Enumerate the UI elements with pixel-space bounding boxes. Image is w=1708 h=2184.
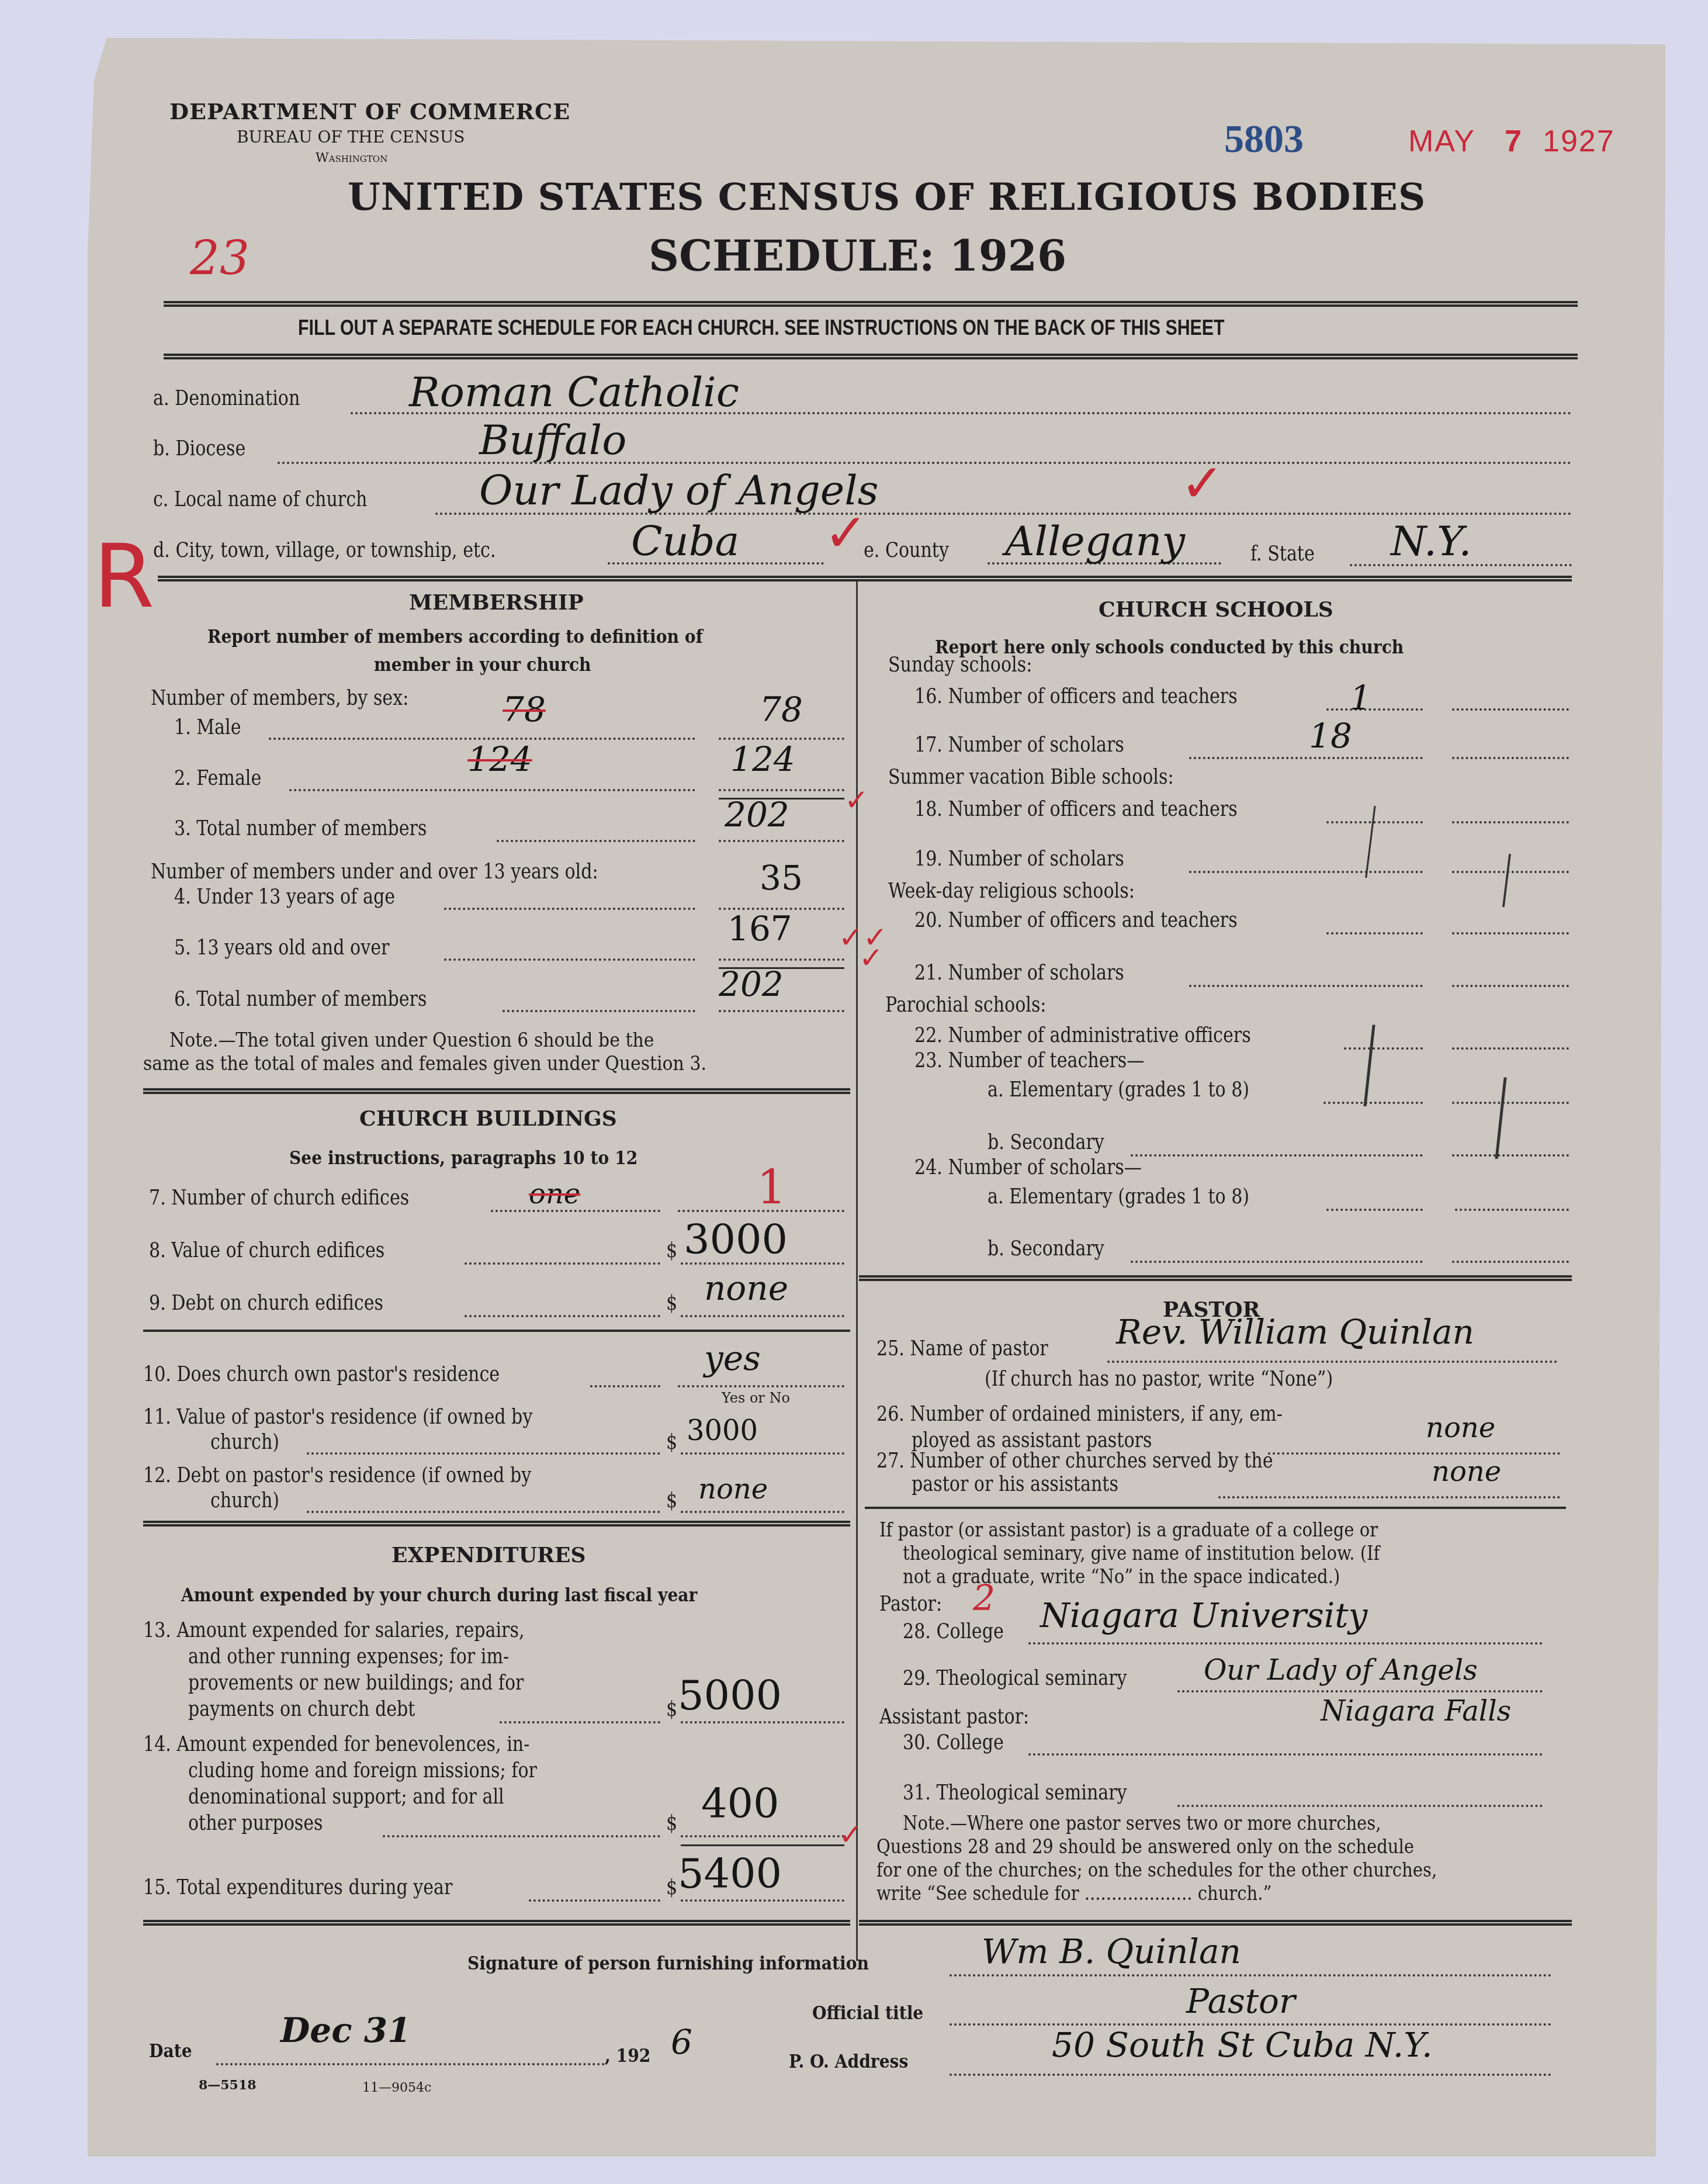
- residence-debt-final-line: [681, 1511, 844, 1513]
- local-name-label: c. Local name of church: [153, 488, 367, 511]
- q31-line: [1177, 1805, 1543, 1807]
- city-label: d. City, town, village, or township, etc…: [153, 539, 496, 562]
- summer-final-strike-mark: /: [1502, 842, 1511, 916]
- q24a-line: [1326, 1209, 1423, 1211]
- residence-value-final-line: [681, 1452, 844, 1455]
- received-month-stamp: MAY: [1408, 124, 1475, 159]
- benevolence-sum-rule: [681, 1844, 844, 1846]
- q28-line: [1028, 1642, 1543, 1645]
- female-line: [289, 789, 695, 791]
- total-expenditure-line: [529, 1899, 660, 1902]
- running-label-2: and other running expenses; for im-: [188, 1645, 509, 1669]
- instruction-line: FILL OUT A SEPARATE SCHEDULE FOR EACH CH…: [298, 316, 1225, 340]
- bureau-heading: BUREAU OF THE CENSUS: [237, 127, 465, 147]
- q20-label: 20. Number of officers and teachers: [914, 909, 1238, 932]
- running-currency: $: [666, 1698, 677, 1721]
- owns-residence-line: [590, 1385, 660, 1387]
- date-label: Date: [149, 2040, 192, 2062]
- over13-final-line: [719, 958, 844, 961]
- q23-label: 23. Number of teachers—: [914, 1049, 1144, 1072]
- edifices-divider: [143, 1330, 850, 1332]
- signature-label: Signature of person furnishing informati…: [467, 1952, 869, 1974]
- residence-value-label-1: 11. Value of pastor's residence (if owne…: [143, 1406, 532, 1429]
- weekday-check-mark-icon: ✓: [859, 941, 884, 975]
- q25-hint: (If church has no pastor, write “None”): [985, 1368, 1333, 1391]
- margin-number-mark: 23: [190, 231, 250, 285]
- residence-value-line: [307, 1452, 660, 1455]
- q29-line: [1177, 1690, 1543, 1692]
- address-line: [950, 2074, 1551, 2076]
- male-label: 1. Male: [174, 716, 241, 739]
- graduate-note-3: not a graduate, write “No” in the space …: [903, 1565, 1340, 1588]
- church-schools-heading: CHURCH SCHOOLS: [1099, 597, 1333, 622]
- over13-field[interactable]: 167: [727, 909, 792, 949]
- benevolence-line: [383, 1835, 660, 1837]
- sunday-schools-label: Sunday schools:: [888, 653, 1032, 677]
- parochial-strike-mark: /: [1364, 1005, 1376, 1121]
- assistant-pastor-label: Assistant pastor:: [879, 1705, 1029, 1729]
- owns-residence-final-line: [678, 1385, 844, 1387]
- city-heading: Washington: [316, 151, 387, 165]
- pastor-seminary-field[interactable]: Our Lady of Angels: [1204, 1654, 1478, 1687]
- q16-final-line: [1452, 708, 1569, 711]
- instruction-divider: [164, 354, 1578, 359]
- male-field[interactable]: 78: [760, 690, 803, 729]
- pastor-subsection-label: Pastor:: [879, 1593, 942, 1616]
- q24b-label: b. Secondary: [988, 1237, 1104, 1261]
- address-label: P. O. Address: [789, 2050, 908, 2072]
- state-label: f. State: [1250, 542, 1315, 566]
- residence-debt-label-1: 12. Debt on pastor's residence (if owned…: [143, 1464, 531, 1487]
- membership-divider: [143, 1088, 850, 1094]
- q24a-final-line: [1455, 1209, 1569, 1211]
- q26-label-1: 26. Number of ordained ministers, if any…: [876, 1403, 1283, 1426]
- q16-field[interactable]: 1: [1350, 678, 1371, 718]
- pastor-divider: [865, 1507, 1566, 1509]
- county-check-mark-icon: ✓: [1180, 453, 1224, 514]
- q30-line: [1028, 1753, 1543, 1756]
- total-check-mark-icon: ✓: [844, 783, 869, 817]
- edifices-count-label: 7. Number of church edifices: [149, 1186, 409, 1210]
- q23b-final-line: [1452, 1154, 1569, 1157]
- pastor-note-2: Questions 28 and 29 should be answered o…: [876, 1835, 1414, 1858]
- q16-line: [1326, 708, 1423, 711]
- q20-final-line: [1452, 932, 1569, 934]
- edifices-debt-label: 9. Debt on church edifices: [149, 1292, 383, 1315]
- edifices-count-field[interactable]: 1: [757, 1160, 787, 1214]
- running-field[interactable]: 5000: [678, 1671, 782, 1719]
- owns-residence-label: 10. Does church own pastor's residence: [143, 1363, 500, 1386]
- q18-final-line: [1452, 821, 1569, 823]
- summer-schools-label: Summer vacation Bible schools:: [888, 766, 1174, 789]
- q24a-label: a. Elementary (grades 1 to 8): [988, 1185, 1249, 1209]
- q19-label: 19. Number of scholars: [914, 847, 1124, 871]
- total2-final-line: [719, 1010, 844, 1012]
- benevolence-label-1: 14. Amount expended for benevolences, in…: [143, 1733, 529, 1756]
- weekday-schools-label: Week-day religious schools:: [888, 880, 1135, 903]
- q24b-line: [1131, 1261, 1423, 1263]
- benevolence-label-4: other purposes: [188, 1812, 323, 1835]
- official-title-label: Official title: [812, 2002, 923, 2024]
- diocese-field[interactable]: Buffalo: [479, 416, 626, 464]
- diocese-label: b. Diocese: [153, 437, 245, 461]
- q22-label: 22. Number of administrative officers: [914, 1024, 1251, 1047]
- q27-label-2: pastor or his assistants: [912, 1473, 1118, 1496]
- pastor-college-field[interactable]: Niagara University: [1040, 1595, 1367, 1635]
- total-members-field[interactable]: 202: [725, 795, 789, 835]
- signature-field[interactable]: Wm B. Quinlan: [982, 1932, 1241, 1971]
- female-field[interactable]: 124: [730, 739, 795, 779]
- benevolence-label-2: cluding home and foreign missions; for: [188, 1759, 537, 1782]
- parochial-final-strike-mark: /: [1495, 1058, 1507, 1174]
- year-prefix: , 192: [605, 2044, 650, 2067]
- edifices-value-label: 8. Value of church edifices: [149, 1239, 384, 1262]
- edifices-value-currency: $: [666, 1239, 677, 1262]
- female-draft-value: 124: [467, 739, 532, 779]
- q20-line: [1326, 932, 1423, 934]
- q30-label: 30. College: [903, 1731, 1004, 1754]
- residence-value-label-2: church): [210, 1431, 279, 1454]
- under13-label: 4. Under 13 years of age: [174, 885, 395, 909]
- q18-label: 18. Number of officers and teachers: [914, 798, 1238, 821]
- denomination-field[interactable]: Roman Catholic: [409, 368, 739, 416]
- q17-field[interactable]: 18: [1309, 716, 1352, 756]
- q24b-final-line: [1452, 1261, 1569, 1263]
- benevolence-currency: $: [666, 1812, 677, 1835]
- pastor-name-field[interactable]: Rev. William Quinlan: [1116, 1312, 1474, 1352]
- residence-value-currency: $: [666, 1431, 677, 1454]
- total2-line: [503, 1010, 695, 1012]
- address-field[interactable]: 50 South St Cuba N.Y.: [1052, 2025, 1432, 2065]
- pastor-note-1: Note.—Where one pastor serves two or mor…: [903, 1812, 1381, 1835]
- q23a-final-line: [1452, 1102, 1569, 1104]
- over13-line: [444, 958, 695, 961]
- signature-line: [950, 1974, 1551, 1977]
- q25-line: [1107, 1361, 1557, 1363]
- male-draft-value: 78: [503, 690, 546, 729]
- by-age-label: Number of members under and over 13 year…: [151, 860, 598, 884]
- q17-final-line: [1452, 757, 1569, 759]
- q26-label-2: ployed as assistant pastors: [912, 1429, 1152, 1452]
- membership-heading: MEMBERSHIP: [409, 590, 584, 615]
- pastor-bottom-divider: [859, 1920, 1572, 1926]
- under13-field[interactable]: 35: [760, 858, 803, 898]
- department-heading: DEPARTMENT OF COMMERCE: [169, 98, 570, 124]
- residence-value-field[interactable]: 3000: [687, 1414, 758, 1447]
- membership-note-1: Note.—The total given under Question 6 s…: [169, 1029, 654, 1052]
- city-field[interactable]: Cuba: [631, 517, 739, 565]
- received-day-stamp: 7: [1505, 124, 1523, 159]
- q23b-label: b. Secondary: [988, 1131, 1104, 1154]
- total-members-label: 3. Total number of members: [174, 817, 427, 840]
- pastor-note-4: write “See schedule for ................…: [876, 1882, 1272, 1905]
- edifices-value-field[interactable]: 3000: [684, 1216, 788, 1264]
- q17-label: 17. Number of scholars: [914, 733, 1124, 757]
- form-code-2: 11—9054c: [362, 2081, 431, 2095]
- running-line: [500, 1721, 660, 1723]
- received-year-stamp: 1927: [1543, 124, 1615, 159]
- graduate-note-1: If pastor (or assistant pastor) is a gra…: [879, 1518, 1378, 1541]
- margin-letter-mark: R: [93, 526, 154, 628]
- edifices-debt-field[interactable]: none: [704, 1268, 788, 1308]
- expenditures-heading: EXPENDITURES: [392, 1543, 585, 1567]
- year-digit-field[interactable]: 6: [671, 2022, 692, 2062]
- expenditures-divider: [143, 1920, 850, 1926]
- membership-note-2: same as the total of males and females g…: [143, 1052, 706, 1075]
- total-expenditure-field[interactable]: 5400: [678, 1850, 782, 1898]
- total-expenditure-label: 15. Total expenditures during year: [143, 1876, 452, 1899]
- residence-debt-line: [307, 1511, 660, 1513]
- county-label: e. County: [864, 539, 949, 562]
- q26-line: [1268, 1452, 1560, 1455]
- summer-strike-mark: /: [1364, 789, 1376, 891]
- owns-residence-field[interactable]: yes: [704, 1338, 761, 1378]
- q24-label: 24. Number of scholars—: [914, 1156, 1142, 1179]
- benevolence-final-line: [681, 1835, 844, 1837]
- pastor-note-3: for one of the churches; on the schedule…: [876, 1858, 1437, 1881]
- edifices-debt-final-line: [681, 1315, 844, 1317]
- q19-line: [1189, 871, 1423, 873]
- total2-label: 6. Total number of members: [174, 988, 427, 1011]
- pastor-red-mark: 2: [973, 1578, 995, 1619]
- edifices-count-draft: one: [529, 1178, 580, 1210]
- running-label-4: payments on church debt: [188, 1698, 415, 1721]
- residence-debt-currency: $: [666, 1489, 677, 1512]
- over13-label: 5. 13 years old and over: [174, 936, 389, 960]
- benevolence-label-3: denominational support; and for all: [188, 1785, 504, 1809]
- q27-label-1: 27. Number of other churches served by t…: [876, 1449, 1273, 1473]
- expenditures-subtitle: Amount expended by your church during la…: [181, 1584, 697, 1606]
- edifices-value-line: [465, 1262, 660, 1265]
- denomination-label: a. Denomination: [153, 387, 300, 410]
- running-final-line: [681, 1721, 844, 1723]
- q25-label: 25. Name of pastor: [876, 1337, 1048, 1361]
- running-label-1: 13. Amount expended for salaries, repair…: [143, 1619, 524, 1642]
- membership-subtitle-2: member in your church: [374, 653, 591, 676]
- q28-label: 28. College: [903, 1620, 1004, 1643]
- residence-debt-field[interactable]: none: [698, 1473, 768, 1505]
- form-title: UNITED STATES CENSUS OF RELIGIOUS BODIES: [348, 175, 1426, 219]
- q23b-line: [1131, 1154, 1423, 1157]
- residence-debt-label-2: church): [210, 1489, 279, 1512]
- official-title-field[interactable]: Pastor: [1186, 1981, 1295, 2021]
- q17-line: [1189, 757, 1423, 759]
- total-members-line: [497, 840, 695, 842]
- buildings-divider: [143, 1521, 850, 1527]
- date-line: [216, 2063, 605, 2065]
- q23a-label: a. Elementary (grades 1 to 8): [988, 1078, 1249, 1102]
- by-sex-label: Number of members, by sex:: [151, 687, 408, 710]
- edifices-debt-line: [465, 1315, 660, 1317]
- membership-subtitle-1: Report number of members according to de…: [207, 625, 703, 648]
- q31-label: 31. Theological seminary: [903, 1781, 1127, 1805]
- q29-label: 29. Theological seminary: [903, 1667, 1127, 1690]
- owns-residence-hint: Yes or No: [722, 1390, 790, 1406]
- county-field[interactable]: Allegany: [1005, 517, 1185, 565]
- city-check-mark-icon: ✓: [824, 503, 868, 564]
- edifices-debt-currency: $: [666, 1292, 677, 1315]
- total-expenditure-currency: $: [666, 1876, 677, 1899]
- diocese-line: [278, 462, 1572, 464]
- total-expenditure-final-line: [681, 1899, 844, 1902]
- serial-number-stamp: 5803: [1224, 116, 1304, 162]
- expenditure-check-mark-icon: ✓: [839, 1818, 863, 1851]
- assistant-ministers-field[interactable]: none: [1426, 1411, 1495, 1444]
- running-label-3: provements or new buildings; and for: [188, 1671, 524, 1695]
- q22-line: [1344, 1047, 1423, 1050]
- identification-divider: [158, 576, 1572, 582]
- under13-line: [444, 908, 695, 910]
- q21-label: 21. Number of scholars: [914, 961, 1124, 985]
- q21-final-line: [1452, 985, 1569, 987]
- buildings-subtitle: See instructions, paragraphs 10 to 12: [289, 1147, 638, 1169]
- female-final-line: [719, 789, 844, 791]
- graduate-note-2: theological seminary, give name of insti…: [903, 1542, 1380, 1565]
- benevolence-field[interactable]: 400: [701, 1780, 779, 1828]
- parochial-schools-label: Parochial schools:: [885, 994, 1047, 1017]
- state-field[interactable]: N.Y.: [1391, 517, 1471, 565]
- total2-field[interactable]: 202: [719, 964, 784, 1004]
- q22-final-line: [1452, 1047, 1569, 1050]
- header-divider: [164, 301, 1578, 307]
- pastor-seminary-field-line2[interactable]: Niagara Falls: [1321, 1695, 1511, 1728]
- date-field[interactable]: Dec 31: [280, 2010, 411, 2050]
- schools-divider: [859, 1275, 1572, 1281]
- buildings-heading: CHURCH BUILDINGS: [359, 1106, 617, 1131]
- total-members-final-line: [719, 840, 844, 842]
- local-name-field[interactable]: Our Lady of Angels: [479, 466, 879, 514]
- q27-line: [1218, 1496, 1560, 1498]
- form-subtitle: SCHEDULE: 1926: [649, 231, 1066, 281]
- form-code-1: 8—5518: [199, 2078, 257, 2093]
- female-label: 2. Female: [174, 767, 261, 790]
- other-churches-field[interactable]: none: [1432, 1455, 1501, 1488]
- q21-line: [1189, 985, 1423, 987]
- q16-label: 16. Number of officers and teachers: [914, 685, 1238, 708]
